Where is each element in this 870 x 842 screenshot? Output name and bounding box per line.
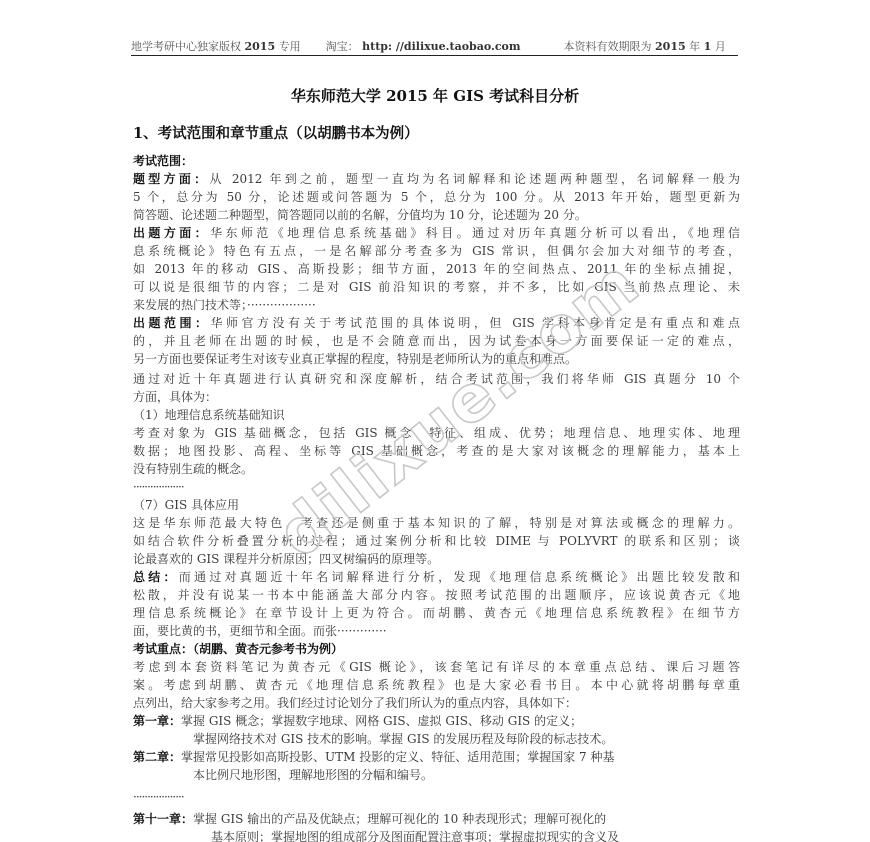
- header-validity-suffix: 月: [715, 40, 726, 53]
- key-points-paragraph: 考试重点：（胡鹏、黄杏元参考书为例） 考虑到本套资料笔记为黄杏元《GIS 概论》…: [133, 640, 740, 712]
- paragraph-line: 案。考虑到胡鹏、黄杏元《地理信息系统教程》也是大家必看书目。本中心就将胡鹏每章重: [133, 676, 740, 694]
- paragraph-line: 简答题、论述题二种题型，简答题同以前的名解，分值均为 10 分，论述题为 20 …: [133, 206, 740, 224]
- chapter-2: 第二章：掌握常见投影如高斯投影、UTM 投影的定义、特征、适用范围；掌握国家 7…: [133, 748, 740, 784]
- paragraph-line: 考虑到本套资料笔记为黄杏元《GIS 概论》，该套笔记有详尽的本章重点总结、课后习…: [133, 658, 740, 676]
- header-validity-year: 2015: [655, 40, 686, 53]
- question-aspects-label: 出题方面：: [133, 226, 210, 240]
- header-validity-prefix: 本资料有效期限为: [564, 40, 652, 53]
- aspect-1: （1）地理信息系统基础知识 考查对象为 GIS 基础概念，包括 GIS 概念、特…: [133, 406, 740, 478]
- chapter-11: 第十一章：掌握 GIS 输出的产品及优缺点；理解可视化的 10 种表现形式；理解…: [133, 810, 740, 842]
- key-points-sublabel: （胡鹏、黄杏元参考书为例）: [193, 642, 343, 656]
- paragraph-line: 基本原则；掌握地图的组成部分及图面配置注意事项；掌握虚拟现实的含义及: [133, 828, 740, 842]
- header-copyright-year: 2015: [245, 40, 276, 53]
- paragraph-line: 方面，具体为：: [133, 388, 740, 406]
- document-body: 考试范围： 题型方面：从 2012 年到之前，题型一直均为名词解释和论述题两种题…: [133, 152, 740, 842]
- paragraph-line: 面，要比黄的书，更细节和全面。而张·············: [133, 622, 740, 640]
- chapter-1-label: 第一章：: [133, 714, 181, 728]
- ellipsis-separator: ··················: [133, 788, 740, 806]
- paragraph-line: 掌握网络技术对 GIS 技术的影响。掌握 GIS 的发展历程及每阶段的标志技术。: [133, 730, 740, 748]
- paragraph-line: 从 2012 年到之前，题型一直均为名词解释和论述题两种题型，名词解释一般为: [209, 172, 740, 186]
- aspect-7: （7）GIS 具体应用 这是华东师范最大特色，考查还是侧重于基本知识的了解，特别…: [133, 496, 740, 568]
- paragraph-line: 本比例尺地形图，理解地形图的分幅和编号。: [133, 766, 740, 784]
- document-title: 华东师范大学 2015 年 GIS 考试科目分析: [0, 85, 870, 106]
- paragraph-line: 的，并且老师在出题的时候，也是不会随意而出，因为试卷本身一方面要保证一定的难点，: [133, 332, 740, 350]
- paragraph-line: 理信息系统概论》在章节设计上更为符合。而胡鹏、黄杏元《地理信息系统教程》在细节方: [133, 604, 740, 622]
- paragraph-line: 如 2013 年的移动 GIS、高斯投影；细节方面，2013 年的空间热点、20…: [133, 260, 740, 278]
- question-aspects-paragraph: 出题方面：华东师范《地理信息系统基础》科目。通过对历年真题分析可以看出，《地理信…: [133, 224, 740, 314]
- aspect-7-heading: （7）GIS 具体应用: [133, 496, 740, 514]
- paragraph-line: 松散，并没有说某一书本中能涵盖大部分内容。按照考试范围的出题顺序，应该说黄杏元《…: [133, 586, 740, 604]
- key-points-label: 考试重点：: [133, 642, 193, 656]
- paragraph-line: 这是华东师范最大特色，考查还是侧重于基本知识的了解，特别是对算法或概念的理解力。: [133, 514, 740, 532]
- paragraph-line: 通过对近十年真题进行认真研究和深度解析，结合考试范围，我们将华师 GIS 真题分…: [133, 370, 740, 388]
- header-validity-mid: 年: [689, 40, 700, 53]
- header-copyright: 地学考研中心独家版权: [131, 40, 241, 53]
- paragraph-line: 可以说是很细节的内容；二是对 GIS 前沿知识的考察，并不多，比如 GIS 当前…: [133, 278, 740, 296]
- paragraph-line: 5 个，总分为 50 分，论述题或问答题为 5 个，总分为 100 分。从 20…: [133, 188, 740, 206]
- question-scope-label: 出题范围：: [133, 316, 210, 330]
- paragraph-line: 没有特别生疏的概念。: [133, 460, 740, 478]
- paragraph-line: 掌握 GIS 概念；掌握数字地球、网格 GIS、虚拟 GIS、移动 GIS 的定…: [181, 714, 582, 728]
- question-types-label: 题型方面：: [133, 172, 209, 186]
- header-taobao-label: 淘宝：: [326, 40, 359, 53]
- paragraph-line: 如结合软件分析叠置分析的过程；通过案例分析和比较 DIME 与 POLYVRT …: [133, 532, 740, 550]
- paragraph-line: 论最喜欢的 GIS 课程并分析原因；四叉树编码的原理等。: [133, 550, 740, 568]
- summary-paragraph: 总结：而通过对真题近十年名词解释进行分析，发现《地理信息系统概论》出题比较发散和…: [133, 568, 740, 640]
- paragraph-line: 来发展的热门技术等；··················: [133, 296, 740, 314]
- paragraph-line: 息系统概论》特色有五点，一是名解部分考查多为 GIS 常识，但偶尔会加大对细节的…: [133, 242, 740, 260]
- ellipsis-separator: ··················: [133, 478, 740, 496]
- question-types-paragraph: 题型方面：从 2012 年到之前，题型一直均为名词解释和论述题两种题型，名词解释…: [133, 170, 740, 224]
- paragraph-line: 华师官方没有关于考试范围的具体说明，但 GIS 学科本身肯定是有重点和难点: [210, 316, 740, 330]
- chapter-1: 第一章：掌握 GIS 概念；掌握数字地球、网格 GIS、虚拟 GIS、移动 GI…: [133, 712, 740, 748]
- paragraph-line: 点列出，给大家参考之用。我们经过讨论划分了我们所认为的重点内容，具体如下：: [133, 694, 740, 712]
- paragraph-line: 考查对象为 GIS 基础概念，包括 GIS 概念、特征、组成、优势；地理信息、地…: [133, 424, 740, 442]
- header-copyright-suffix: 专用: [279, 40, 301, 53]
- paragraph-line: 另一方面也要保证考生对该专业真正掌握的程度，特别是老师所认为的重点和难点。: [133, 350, 740, 368]
- scope-heading: 考试范围：: [133, 152, 740, 170]
- aspect-1-heading: （1）地理信息系统基础知识: [133, 406, 740, 424]
- header-taobao-url[interactable]: http: //dilixue.taobao.com: [362, 40, 520, 53]
- chapter-2-label: 第二章：: [133, 750, 181, 764]
- chapter-11-label: 第十一章：: [133, 812, 193, 826]
- paragraph-line: 掌握 GIS 输出的产品及优缺点；理解可视化的 10 种表现形式；理解可视化的: [193, 812, 606, 826]
- analysis-paragraph: 通过对近十年真题进行认真研究和深度解析，结合考试范围，我们将华师 GIS 真题分…: [133, 370, 740, 406]
- paragraph-line: 掌握常见投影如高斯投影、UTM 投影的定义、特征、适用范围；掌握国家 7 种基: [181, 750, 615, 764]
- document-page: 地学考研中心独家版权 2015 专用 淘宝： http: //dilixue.t…: [0, 0, 870, 842]
- section-heading: 1、考试范围和章节重点（以胡鹏书本为例）: [133, 122, 419, 143]
- summary-label: 总结：: [133, 570, 179, 584]
- paragraph-line: 而通过对真题近十年名词解释进行分析，发现《地理信息系统概论》出题比较发散和: [179, 570, 740, 584]
- header-validity-month: 1: [704, 40, 712, 53]
- paragraph-line: 数据；地图投影、高程、坐标等 GIS 基础概念，考查的是大家对该概念的理解能力，…: [133, 442, 740, 460]
- paragraph-line: 华东师范《地理信息系统基础》科目。通过对历年真题分析可以看出，《地理信: [210, 226, 740, 240]
- question-scope-paragraph: 出题范围：华师官方没有关于考试范围的具体说明，但 GIS 学科本身肯定是有重点和…: [133, 314, 740, 368]
- page-header: 地学考研中心独家版权 2015 专用 淘宝： http: //dilixue.t…: [131, 38, 738, 56]
